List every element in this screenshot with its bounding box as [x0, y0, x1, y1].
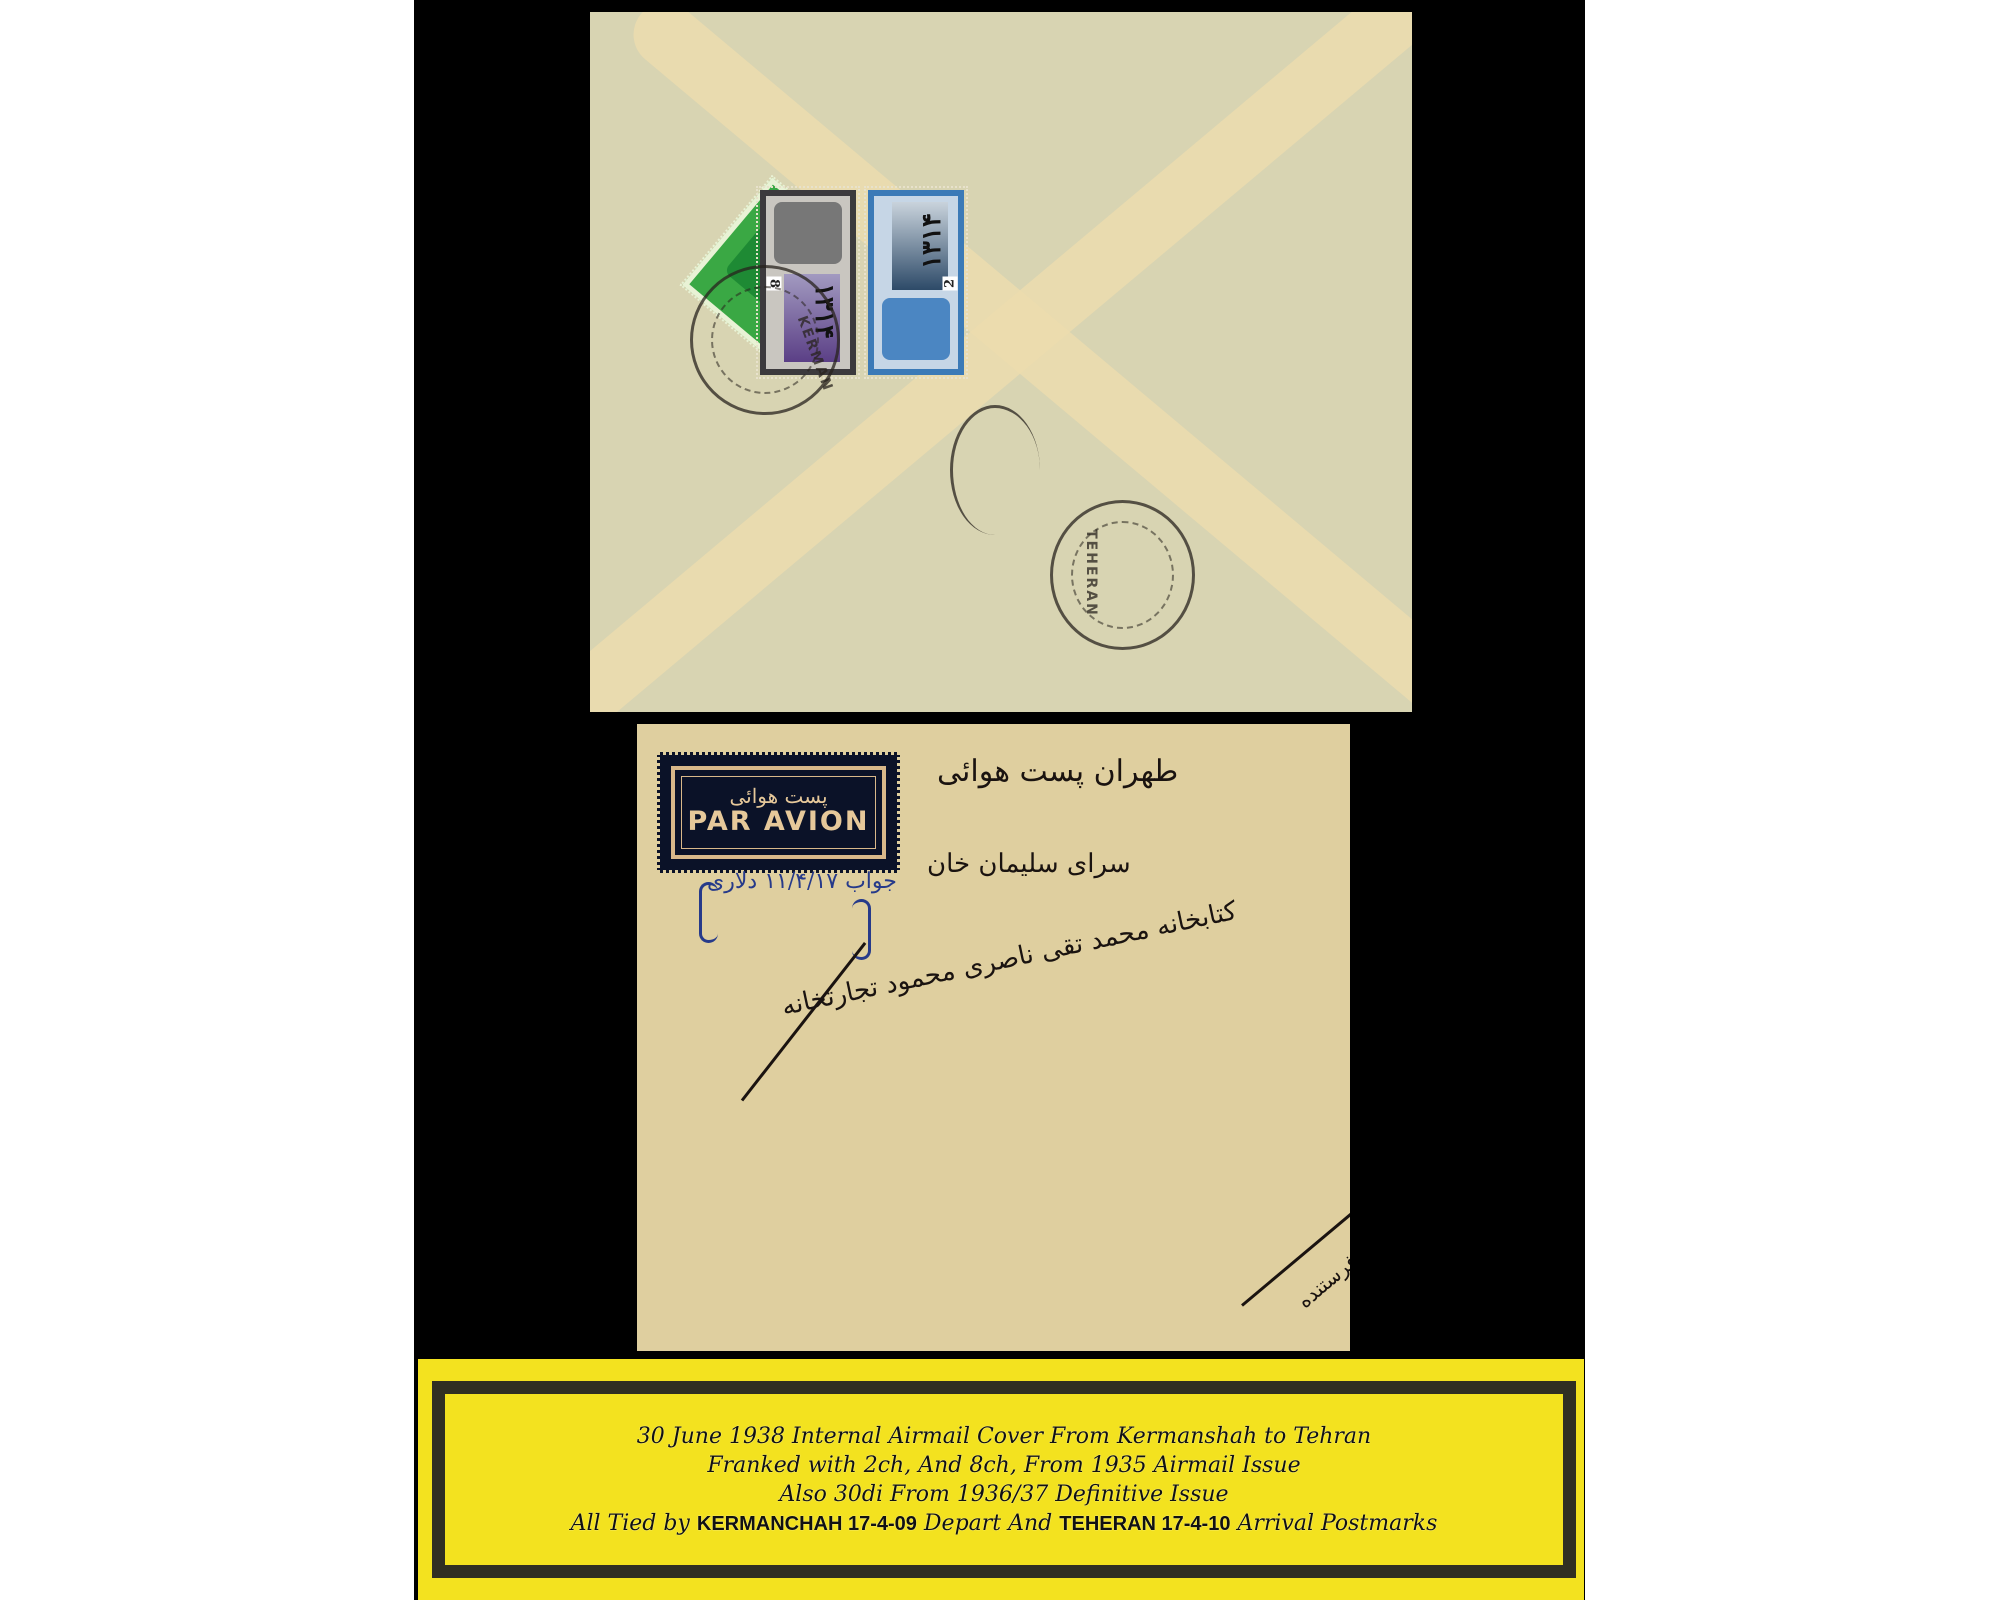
handwritten-address-1: سرای سلیمان خان [927, 849, 1131, 879]
caption-line-4: All Tied by KERMANCHAH 17-4-09 Depart An… [571, 1511, 1438, 1536]
handwritten-sender: فرستنده [1293, 1249, 1350, 1313]
blue-bracket-right [852, 899, 871, 960]
stamp-value: 2 [943, 277, 958, 291]
pen-flourish [741, 942, 866, 1101]
stamp-portrait [882, 298, 950, 360]
par-avion-label: پست هوائی PAR AVION [657, 752, 900, 873]
caption-depart-postmark: KERMANCHAH 17-4-09 [697, 1513, 917, 1535]
postmark-partial [950, 405, 1040, 535]
stamp-2ch-airmail: 2 ۱۳۱۴ [868, 190, 964, 375]
label-persian-text: پست هوائی [729, 786, 827, 806]
stamp-portrait [774, 202, 842, 264]
caption-line-4-c: Depart And [924, 1511, 1052, 1536]
handwritten-city: طهران پست هوائی [937, 754, 1178, 789]
caption-panel: 30 June 1938 Internal Airmail Cover From… [418, 1359, 1584, 1600]
postmark-text: TEHERAN [1083, 529, 1099, 617]
caption-line-2: Franked with 2ch, And 8ch, From 1935 Air… [707, 1453, 1300, 1478]
caption-line-1: 30 June 1938 Internal Airmail Cover From… [637, 1424, 1371, 1449]
handwritten-address-2: کتابخانه محمد تقی ناصری محمود تجارتخانه [779, 896, 1239, 1022]
label-inner: پست هوائی PAR AVION [681, 776, 876, 849]
caption-border: 30 June 1938 Internal Airmail Cover From… [432, 1381, 1576, 1578]
caption-line-4-e: Arrival Postmarks [1237, 1511, 1437, 1536]
handwritten-blue-note: جواب ۱۱/۴/۱۷ دلاری [707, 869, 897, 894]
caption-line-4-a: All Tied by [571, 1511, 690, 1536]
caption-arrival-postmark: TEHERAN 17-4-10 [1059, 1513, 1230, 1535]
envelope-front: پست هوائی PAR AVION طهران پست هوائی سرای… [637, 724, 1350, 1351]
postmark-kermanshah: KERMAN [690, 265, 840, 415]
label-french-text: PAR AVION [688, 806, 870, 838]
postmark-teheran: TEHERAN [1050, 500, 1195, 650]
caption-line-3: Also 30di From 1936/37 Definitive Issue [779, 1482, 1228, 1507]
label-frame: پست هوائی PAR AVION [671, 766, 886, 859]
stamp-overprint: ۱۳۱۴ [917, 213, 947, 269]
